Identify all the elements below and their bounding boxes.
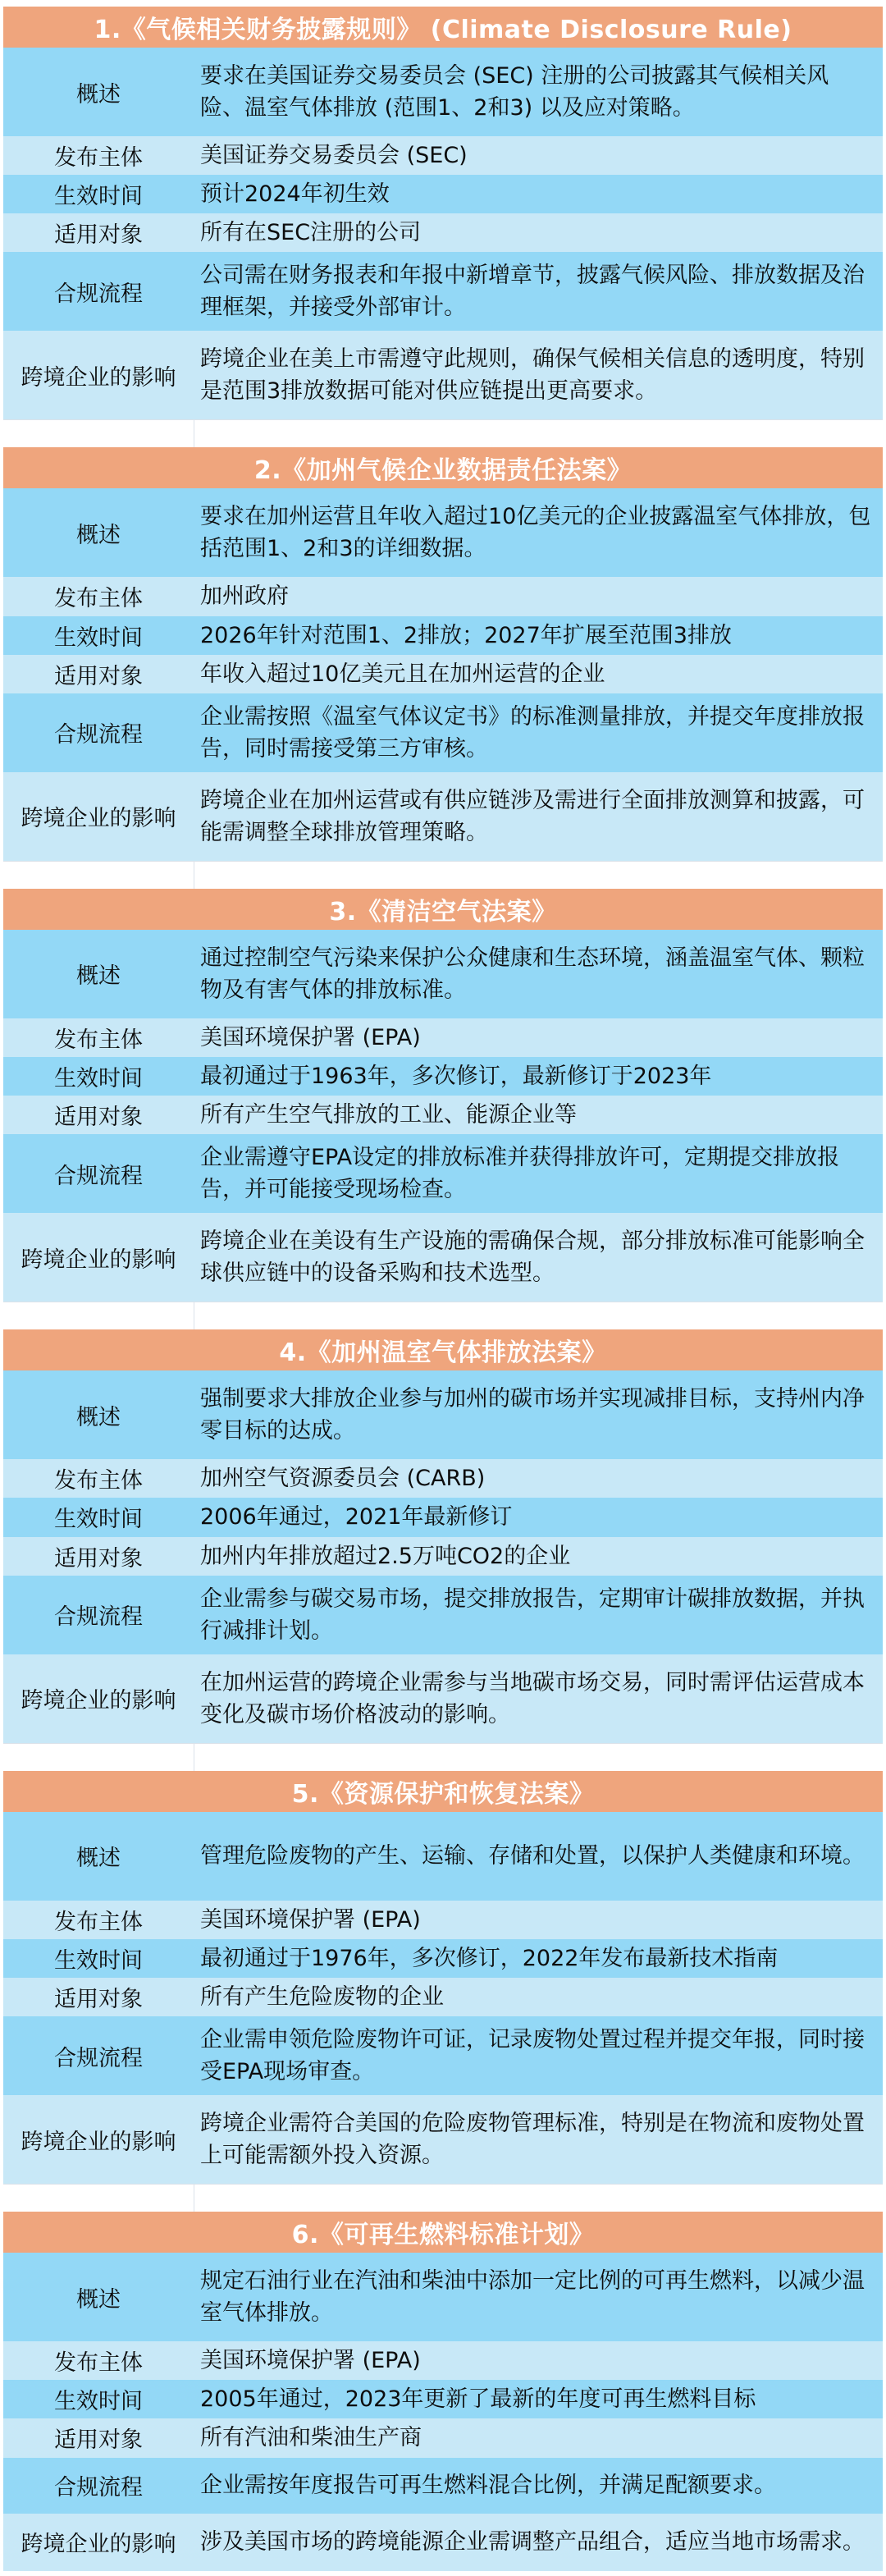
row-label-issuer: 发布主体 xyxy=(3,2341,194,2380)
row-label-issuer: 发布主体 xyxy=(3,1018,194,1057)
law-title: 1.《气候相关财务披露规则》 (Climate Disclosure Rule) xyxy=(3,7,883,48)
table-row-impact: 跨境企业的影响 跨境企业在加州运营或有供应链涉及需进行全面排放测算和披露，可能需… xyxy=(3,772,883,861)
table-row-overview: 概述 要求在美国证券交易委员会 (SEC) 注册的公司披露其气候相关风险、温室气… xyxy=(3,48,883,136)
row-label-effective: 生效时间 xyxy=(3,1498,194,1536)
process-value: 企业需遵守EPA设定的排放标准并获得排放许可，定期提交排放报告，并可能接受现场检… xyxy=(194,1134,883,1213)
table-row-applies: 适用对象 加州内年排放超过2.5万吨CO2的企业 xyxy=(3,1537,883,1576)
law-section-5: 5.《资源保护和恢复法案》 概述 管理危险废物的产生、运输、存储和处置，以保护人… xyxy=(3,1771,883,2212)
applies-value: 所有在SEC注册的公司 xyxy=(194,213,883,252)
spacer-row xyxy=(3,419,883,447)
row-label-process: 合规流程 xyxy=(3,2458,194,2514)
issuer-value: 美国环境保护署 (EPA) xyxy=(194,1901,883,1939)
spacer-cell-right xyxy=(194,1744,883,1771)
table-row-overview: 概述 强制要求大排放企业参与加州的碳市场并实现减排目标，支持州内净零目标的达成。 xyxy=(3,1370,883,1459)
overview-value: 要求在加州运营且年收入超过10亿美元的企业披露温室气体排放，包括范围1、2和3的… xyxy=(194,488,883,577)
issuer-value: 美国环境保护署 (EPA) xyxy=(194,2341,883,2380)
table-row-applies: 适用对象 所有汽油和柴油生产商 xyxy=(3,2418,883,2457)
row-label-effective: 生效时间 xyxy=(3,616,194,655)
table-row-overview: 概述 通过控制空气污染来保护公众健康和生态环境，涵盖温室气体、颗粒物及有害气体的… xyxy=(3,930,883,1018)
overview-value: 规定石油行业在汽油和柴油中添加一定比例的可再生燃料，以减少温室气体排放。 xyxy=(194,2253,883,2341)
table-row-issuer: 发布主体 美国证券交易委员会 (SEC) xyxy=(3,136,883,175)
process-value: 企业需按照《温室气体议定书》的标准测量排放，并提交年度排放报告，同时需接受第三方… xyxy=(194,693,883,772)
table-row-effective: 生效时间 2026年针对范围1、2排放；2027年扩展至范围3排放 xyxy=(3,616,883,655)
row-label-impact: 跨境企业的影响 xyxy=(3,2095,194,2184)
effective-value: 最初通过于1976年，多次修订，2022年发布最新技术指南 xyxy=(194,1939,883,1978)
table-row-overview: 概述 要求在加州运营且年收入超过10亿美元的企业披露温室气体排放，包括范围1、2… xyxy=(3,488,883,577)
spacer-row xyxy=(3,1743,883,1771)
row-label-applies: 适用对象 xyxy=(3,1096,194,1134)
row-label-process: 合规流程 xyxy=(3,2016,194,2095)
applies-value: 所有产生危险废物的企业 xyxy=(194,1978,883,2016)
spacer-cell-left xyxy=(3,1302,194,1329)
table-row-applies: 适用对象 所有在SEC注册的公司 xyxy=(3,213,883,252)
law-section-2: 2.《加州气候企业数据责任法案》 概述 要求在加州运营且年收入超过10亿美元的企… xyxy=(3,447,883,888)
applies-value: 所有产生空气排放的工业、能源企业等 xyxy=(194,1096,883,1134)
table-row-issuer: 发布主体 加州政府 xyxy=(3,577,883,615)
overview-value: 要求在美国证券交易委员会 (SEC) 注册的公司披露其气候相关风险、温室气体排放… xyxy=(194,48,883,136)
row-label-issuer: 发布主体 xyxy=(3,577,194,615)
law-title: 3.《清洁空气法案》 xyxy=(3,889,883,930)
spacer-row xyxy=(3,861,883,889)
spacer-cell-right xyxy=(194,1302,883,1329)
row-label-applies: 适用对象 xyxy=(3,655,194,693)
process-value: 企业需按年度报告可再生燃料混合比例，并满足配额要求。 xyxy=(194,2458,883,2514)
applies-value: 所有汽油和柴油生产商 xyxy=(194,2418,883,2457)
law-section-4: 4.《加州温室气体排放法案》 概述 强制要求大排放企业参与加州的碳市场并实现减排… xyxy=(3,1329,883,1770)
table-row-process: 合规流程 公司需在财务报表和年报中新增章节，披露气候风险、排放数据及治理框架，并… xyxy=(3,252,883,331)
row-label-effective: 生效时间 xyxy=(3,1939,194,1978)
law-section-3: 3.《清洁空气法案》 概述 通过控制空气污染来保护公众健康和生态环境，涵盖温室气… xyxy=(3,889,883,1329)
applies-value: 加州内年排放超过2.5万吨CO2的企业 xyxy=(194,1537,883,1576)
issuer-value: 美国证券交易委员会 (SEC) xyxy=(194,136,883,175)
overview-value: 管理危险废物的产生、运输、存储和处置，以保护人类健康和环境。 xyxy=(194,1812,883,1901)
applies-value: 年收入超过10亿美元且在加州运营的企业 xyxy=(194,655,883,693)
table-row-process: 合规流程 企业需申领危险废物许可证，记录废物处置过程并提交年报，同时接受EPA现… xyxy=(3,2016,883,2095)
law-title: 4.《加州温室气体排放法案》 xyxy=(3,1329,883,1370)
table-row-applies: 适用对象 年收入超过10亿美元且在加州运营的企业 xyxy=(3,655,883,693)
spacer-row xyxy=(3,2184,883,2212)
row-label-applies: 适用对象 xyxy=(3,1537,194,1576)
table-row-applies: 适用对象 所有产生空气排放的工业、能源企业等 xyxy=(3,1096,883,1134)
spacer-cell-right xyxy=(194,420,883,447)
process-value: 公司需在财务报表和年报中新增章节，披露气候风险、排放数据及治理框架，并接受外部审… xyxy=(194,252,883,331)
row-label-impact: 跨境企业的影响 xyxy=(3,1213,194,1302)
row-label-impact: 跨境企业的影响 xyxy=(3,331,194,419)
issuer-value: 美国环境保护署 (EPA) xyxy=(194,1018,883,1057)
table-row-effective: 生效时间 2006年通过，2021年最新修订 xyxy=(3,1498,883,1536)
process-value: 企业需参与碳交易市场，提交排放报告，定期审计碳排放数据，并执行减排计划。 xyxy=(194,1576,883,1654)
spacer-cell-left xyxy=(3,420,194,447)
overview-value: 强制要求大排放企业参与加州的碳市场并实现减排目标，支持州内净零目标的达成。 xyxy=(194,1370,883,1459)
row-label-process: 合规流程 xyxy=(3,252,194,331)
law-title: 6.《可再生燃料标准计划》 xyxy=(3,2212,883,2253)
row-label-applies: 适用对象 xyxy=(3,1978,194,2016)
row-label-effective: 生效时间 xyxy=(3,2380,194,2418)
spacer-cell-left xyxy=(3,862,194,889)
issuer-value: 加州政府 xyxy=(194,577,883,615)
table-row-issuer: 发布主体 美国环境保护署 (EPA) xyxy=(3,1901,883,1939)
impact-value: 跨境企业在美上市需遵守此规则，确保气候相关信息的透明度，特别是范围3排放数据可能… xyxy=(194,331,883,419)
table-row-issuer: 发布主体 美国环境保护署 (EPA) xyxy=(3,1018,883,1057)
table-row-process: 合规流程 企业需按照《温室气体议定书》的标准测量排放，并提交年度排放报告，同时需… xyxy=(3,693,883,772)
spacer-cell-right xyxy=(194,2185,883,2212)
regulation-table: 1.《气候相关财务披露规则》 (Climate Disclosure Rule)… xyxy=(0,0,886,2576)
process-value: 企业需申领危险废物许可证，记录废物处置过程并提交年报，同时接受EPA现场审查。 xyxy=(194,2016,883,2095)
effective-value: 预计2024年初生效 xyxy=(194,175,883,213)
table-row-overview: 概述 规定石油行业在汽油和柴油中添加一定比例的可再生燃料，以减少温室气体排放。 xyxy=(3,2253,883,2341)
table-row-effective: 生效时间 2005年通过，2023年更新了最新的年度可再生燃料目标 xyxy=(3,2380,883,2418)
spacer-cell-right xyxy=(194,862,883,889)
impact-value: 在加州运营的跨境企业需参与当地碳市场交易，同时需评估运营成本变化及碳市场价格波动… xyxy=(194,1654,883,1743)
row-label-effective: 生效时间 xyxy=(3,175,194,213)
overview-value: 通过控制空气污染来保护公众健康和生态环境，涵盖温室气体、颗粒物及有害气体的排放标… xyxy=(194,930,883,1018)
row-label-impact: 跨境企业的影响 xyxy=(3,2514,194,2571)
table-row-impact: 跨境企业的影响 跨境企业在美上市需遵守此规则，确保气候相关信息的透明度，特别是范… xyxy=(3,331,883,419)
impact-value: 跨境企业需符合美国的危险废物管理标准，特别是在物流和废物处置上可能需额外投入资源… xyxy=(194,2095,883,2184)
table-row-process: 合规流程 企业需遵守EPA设定的排放标准并获得排放许可，定期提交排放报告，并可能… xyxy=(3,1134,883,1213)
row-label-applies: 适用对象 xyxy=(3,213,194,252)
law-section-6: 6.《可再生燃料标准计划》 概述 规定石油行业在汽油和柴油中添加一定比例的可再生… xyxy=(3,2212,883,2570)
row-label-issuer: 发布主体 xyxy=(3,1901,194,1939)
table-row-effective: 生效时间 最初通过于1963年，多次修订，最新修订于2023年 xyxy=(3,1057,883,1096)
row-label-process: 合规流程 xyxy=(3,1134,194,1213)
impact-value: 跨境企业在美设有生产设施的需确保合规，部分排放标准可能影响全球供应链中的设备采购… xyxy=(194,1213,883,1302)
table-row-impact: 跨境企业的影响 跨境企业需符合美国的危险废物管理标准，特别是在物流和废物处置上可… xyxy=(3,2095,883,2184)
issuer-value: 加州空气资源委员会 (CARB) xyxy=(194,1459,883,1498)
law-title: 2.《加州气候企业数据责任法案》 xyxy=(3,447,883,488)
row-label-overview: 概述 xyxy=(3,2253,194,2341)
impact-value: 跨境企业在加州运营或有供应链涉及需进行全面排放测算和披露，可能需调整全球排放管理… xyxy=(194,772,883,861)
table-row-effective: 生效时间 最初通过于1976年，多次修订，2022年发布最新技术指南 xyxy=(3,1939,883,1978)
row-label-issuer: 发布主体 xyxy=(3,1459,194,1498)
table-row-impact: 跨境企业的影响 在加州运营的跨境企业需参与当地碳市场交易，同时需评估运营成本变化… xyxy=(3,1654,883,1743)
row-label-impact: 跨境企业的影响 xyxy=(3,772,194,861)
law-title: 5.《资源保护和恢复法案》 xyxy=(3,1771,883,1812)
law-section-1: 1.《气候相关财务披露规则》 (Climate Disclosure Rule)… xyxy=(3,7,883,447)
table-row-issuer: 发布主体 加州空气资源委员会 (CARB) xyxy=(3,1459,883,1498)
table-row-applies: 适用对象 所有产生危险废物的企业 xyxy=(3,1978,883,2016)
row-label-process: 合规流程 xyxy=(3,693,194,772)
row-label-impact: 跨境企业的影响 xyxy=(3,1654,194,1743)
row-label-process: 合规流程 xyxy=(3,1576,194,1654)
table-row-impact: 跨境企业的影响 跨境企业在美设有生产设施的需确保合规，部分排放标准可能影响全球供… xyxy=(3,1213,883,1302)
table-row-effective: 生效时间 预计2024年初生效 xyxy=(3,175,883,213)
row-label-issuer: 发布主体 xyxy=(3,136,194,175)
row-label-overview: 概述 xyxy=(3,1812,194,1901)
table-row-impact: 跨境企业的影响 涉及美国市场的跨境能源企业需调整产品组合，适应当地市场需求。 xyxy=(3,2514,883,2571)
spacer-row xyxy=(3,1302,883,1329)
row-label-effective: 生效时间 xyxy=(3,1057,194,1096)
impact-value: 涉及美国市场的跨境能源企业需调整产品组合，适应当地市场需求。 xyxy=(194,2514,883,2571)
spacer-cell-left xyxy=(3,2185,194,2212)
row-label-overview: 概述 xyxy=(3,930,194,1018)
table-row-process: 合规流程 企业需参与碳交易市场，提交排放报告，定期审计碳排放数据，并执行减排计划… xyxy=(3,1576,883,1654)
effective-value: 2026年针对范围1、2排放；2027年扩展至范围3排放 xyxy=(194,616,883,655)
table-row-overview: 概述 管理危险废物的产生、运输、存储和处置，以保护人类健康和环境。 xyxy=(3,1812,883,1901)
table-row-issuer: 发布主体 美国环境保护署 (EPA) xyxy=(3,2341,883,2380)
spacer-cell-left xyxy=(3,1744,194,1771)
row-label-overview: 概述 xyxy=(3,488,194,577)
row-label-overview: 概述 xyxy=(3,48,194,136)
effective-value: 2005年通过，2023年更新了最新的年度可再生燃料目标 xyxy=(194,2380,883,2418)
effective-value: 最初通过于1963年，多次修订，最新修订于2023年 xyxy=(194,1057,883,1096)
table-row-process: 合规流程 企业需按年度报告可再生燃料混合比例，并满足配额要求。 xyxy=(3,2458,883,2514)
row-label-applies: 适用对象 xyxy=(3,2418,194,2457)
effective-value: 2006年通过，2021年最新修订 xyxy=(194,1498,883,1536)
row-label-overview: 概述 xyxy=(3,1370,194,1459)
